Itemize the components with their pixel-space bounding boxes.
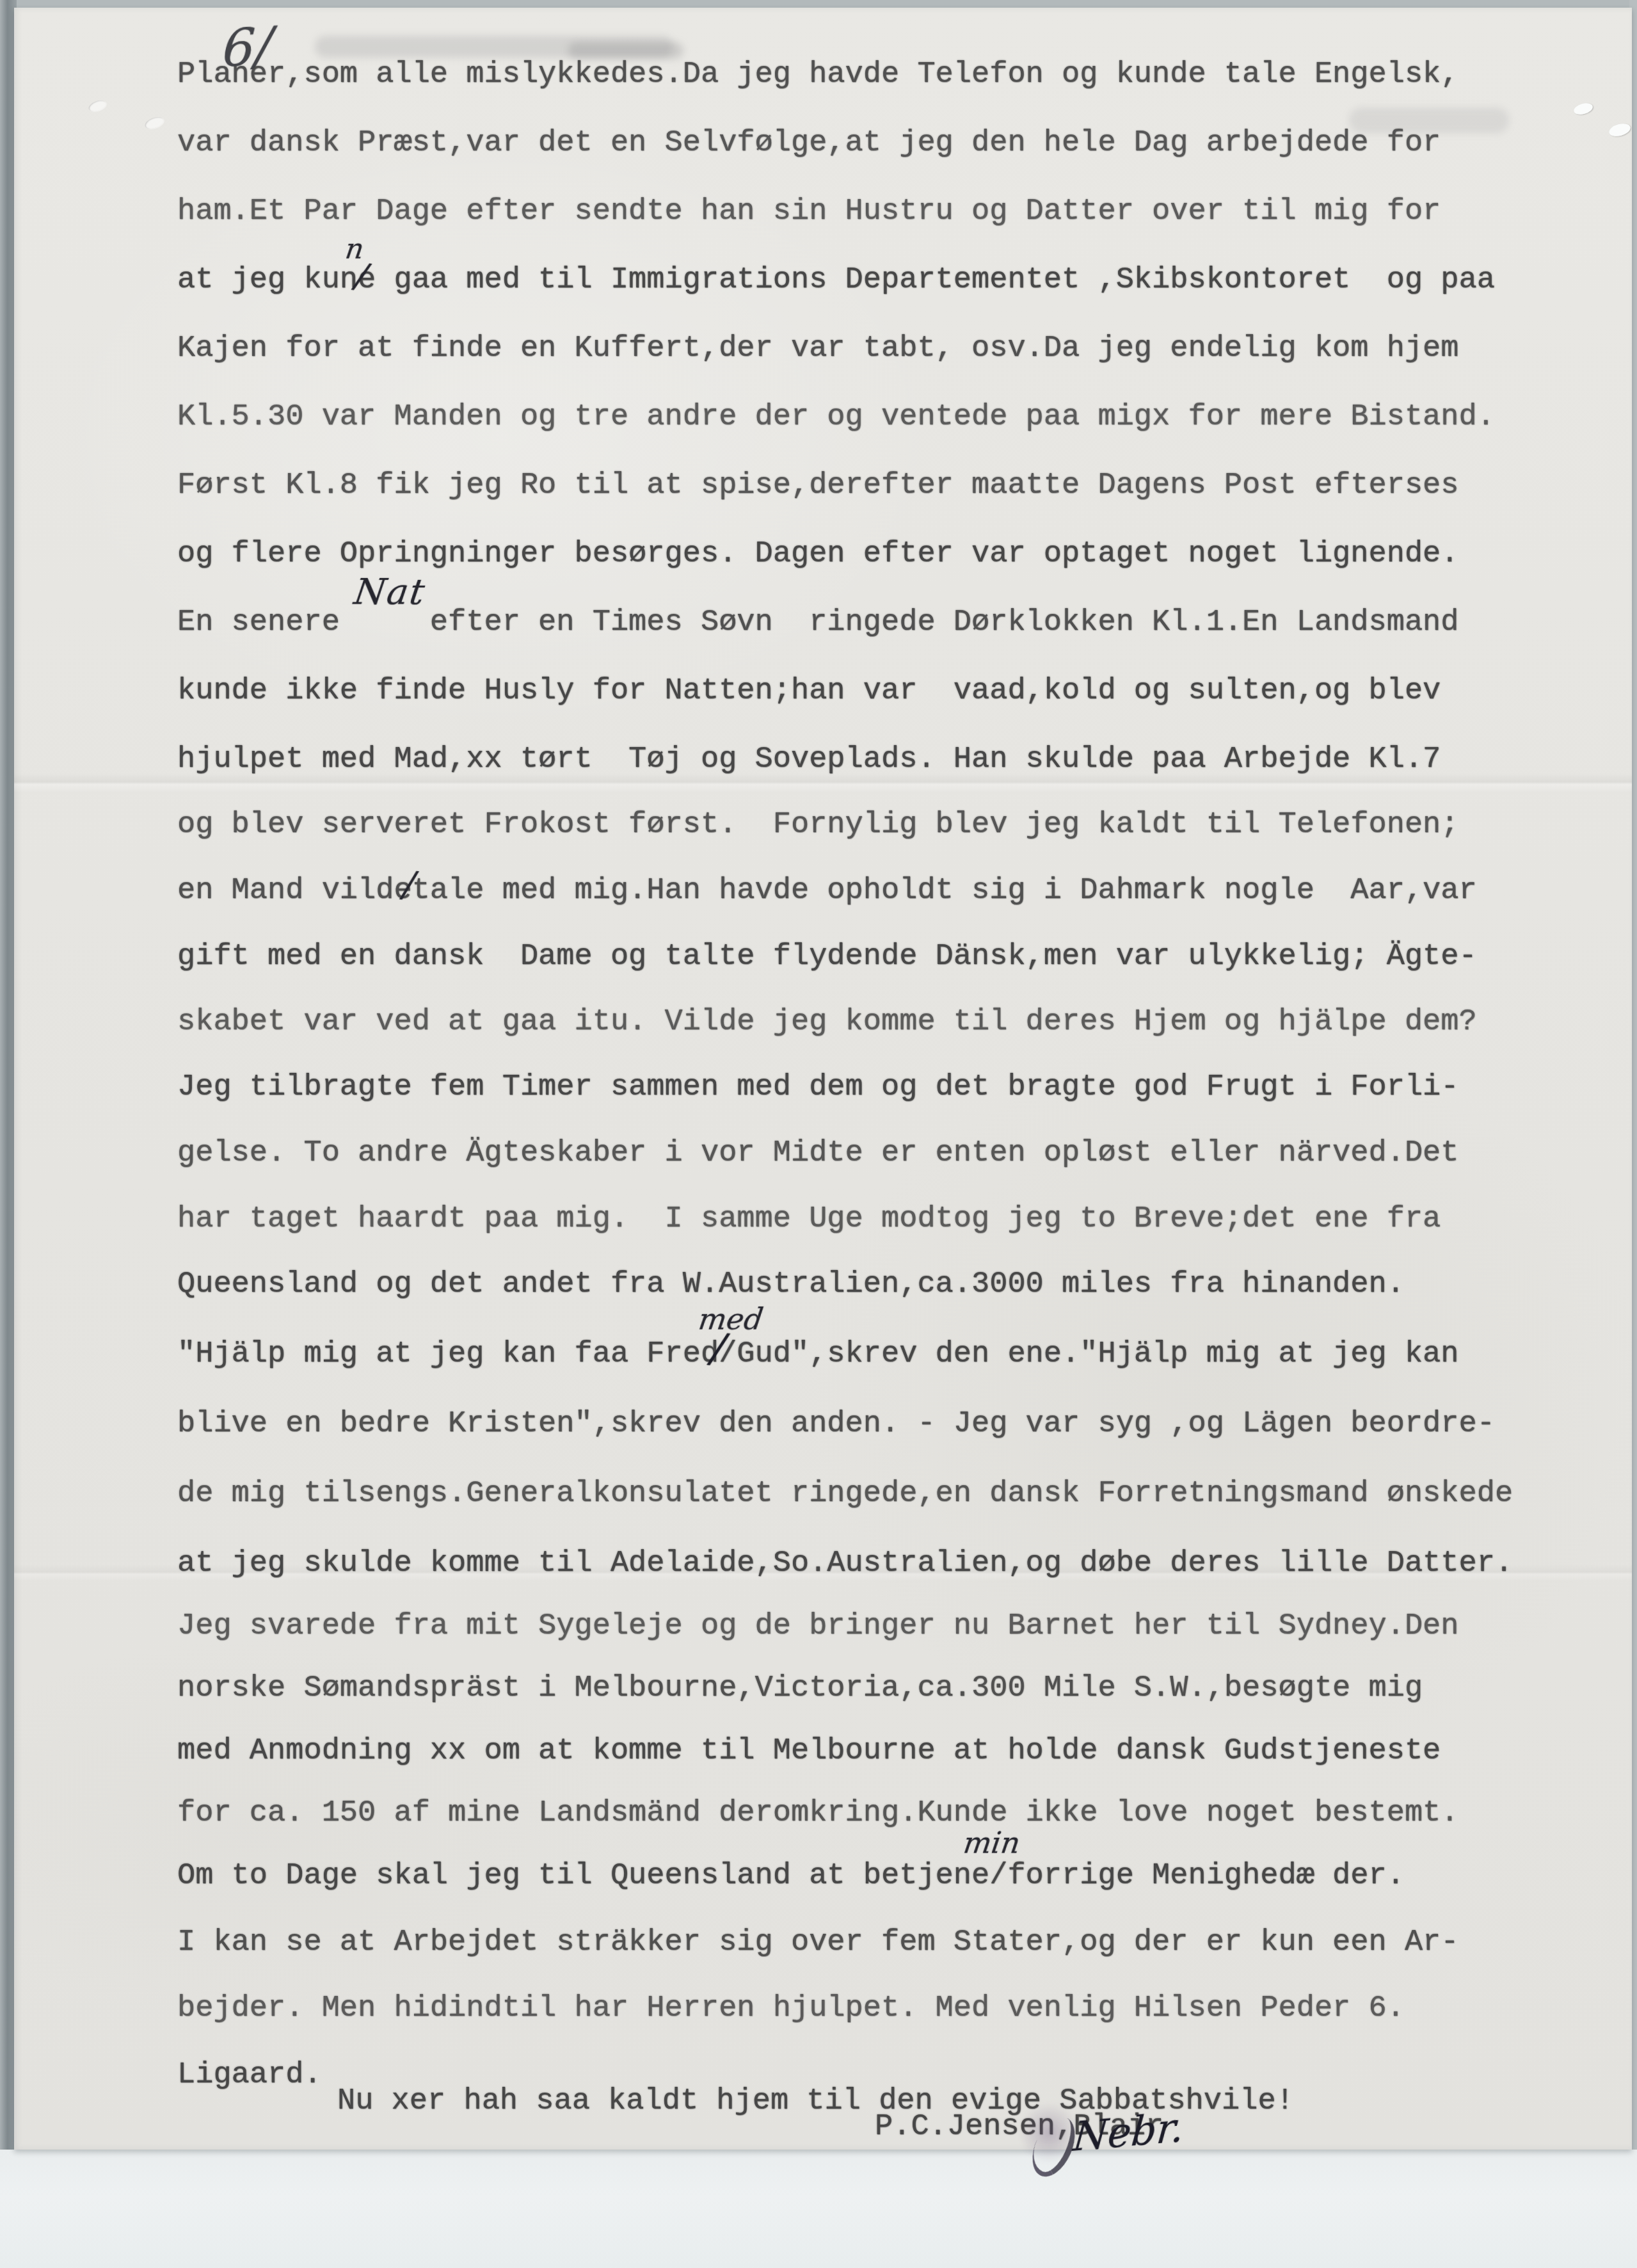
typed-line-25: norske Sømandspräst i Melbourne,Victoria… (177, 1673, 1423, 1705)
typed-line-1: Planer,som alle mislykkedes.Da jeg havde… (177, 59, 1459, 91)
typed-line-2: var dansk Præst,var det en Selvfølge,at … (177, 127, 1441, 159)
typed-line-5: Kajen for at finde en Kuffert,der var ta… (177, 333, 1459, 365)
emboss-mark (87, 99, 107, 114)
typed-line-27: for ca. 150 af mine Landsmänd deromkring… (177, 1798, 1459, 1830)
paper-speck (1608, 122, 1632, 138)
typed-line-11: hjulpet med Mad,xx tørt Tøj og Soveplads… (177, 744, 1441, 776)
typed-line-3: ham.Et Par Dage efter sendte han sin Hus… (177, 196, 1441, 228)
typed-line-29: I kan se at Arbejdet sträkker sig over f… (177, 1927, 1459, 1959)
typed-line-6: Kl.5.30 var Manden og tre andre der og v… (177, 401, 1495, 433)
scanner-bed-below-paper (0, 2150, 1637, 2268)
emboss-mark (143, 115, 165, 131)
typed-line-16: Jeg tilbragte fem Timer sammen med dem o… (177, 1072, 1459, 1104)
typed-line-17: gelse. To andre Ägteskaber i vor Midte e… (177, 1138, 1459, 1170)
typed-line-19: Queensland og det andet fra W.Australien… (177, 1269, 1405, 1301)
typed-line-22: de mig tilsengs.Generalkonsulatet ringed… (177, 1478, 1513, 1510)
handwritten-insertion-nat: Nat (351, 571, 428, 613)
typed-line-10: kunde ikke finde Husly for Natten;han va… (177, 675, 1441, 707)
typed-line-26: med Anmodning xx om at komme til Melbour… (177, 1735, 1441, 1767)
typed-line-30: bejder. Men hidindtil har Herren hjulpet… (177, 1993, 1405, 2025)
paper-speck (1572, 101, 1593, 116)
letter-page: 6/ Planer,som alle mislykkedes.Da jeg ha… (14, 8, 1632, 2150)
handwritten-state-abbrev: Nebr. (1071, 2103, 1186, 2160)
typed-line-24: Jeg svarede fra mit Sygeleje og de bring… (177, 1611, 1459, 1643)
erased-smudge (568, 42, 683, 59)
typed-line-13: en Mand vildetale med mig.Han havde opho… (177, 875, 1477, 907)
typed-line-12: og blev serveret Frokost først. Fornylig… (177, 809, 1459, 841)
typed-line-23: at jeg skulde komme til Adelaide,So.Aust… (177, 1548, 1513, 1580)
handwritten-insertion-med: med (696, 1302, 765, 1337)
handwritten-insertion-min: min (961, 1826, 1023, 1860)
typed-line-18: har taget haardt paa mig. I samme Uge mo… (177, 1203, 1441, 1235)
typed-line-31: Ligaard. (177, 2059, 322, 2091)
typed-line-8: og flere Opringninger besørges. Dagen ef… (177, 538, 1459, 570)
typed-line-7: Først Kl.8 fik jeg Ro til at spise,deref… (177, 470, 1459, 502)
typed-line-21: blive en bedre Kristen",skrev den anden.… (177, 1408, 1495, 1440)
typed-line-20: "Hjälp mig at jeg kan faa Fred/Gud",skre… (177, 1339, 1459, 1371)
typed-line-28: Om to Dage skal jeg til Queensland at be… (177, 1860, 1405, 1892)
typed-line-4: at jeg kune gaa med til Immigrations Dep… (177, 264, 1495, 296)
typed-line-14: gift med en dansk Dame og talte flydende… (177, 941, 1477, 973)
typed-line-15: skabet var ved at gaa itu. Vilde jeg kom… (177, 1006, 1477, 1038)
